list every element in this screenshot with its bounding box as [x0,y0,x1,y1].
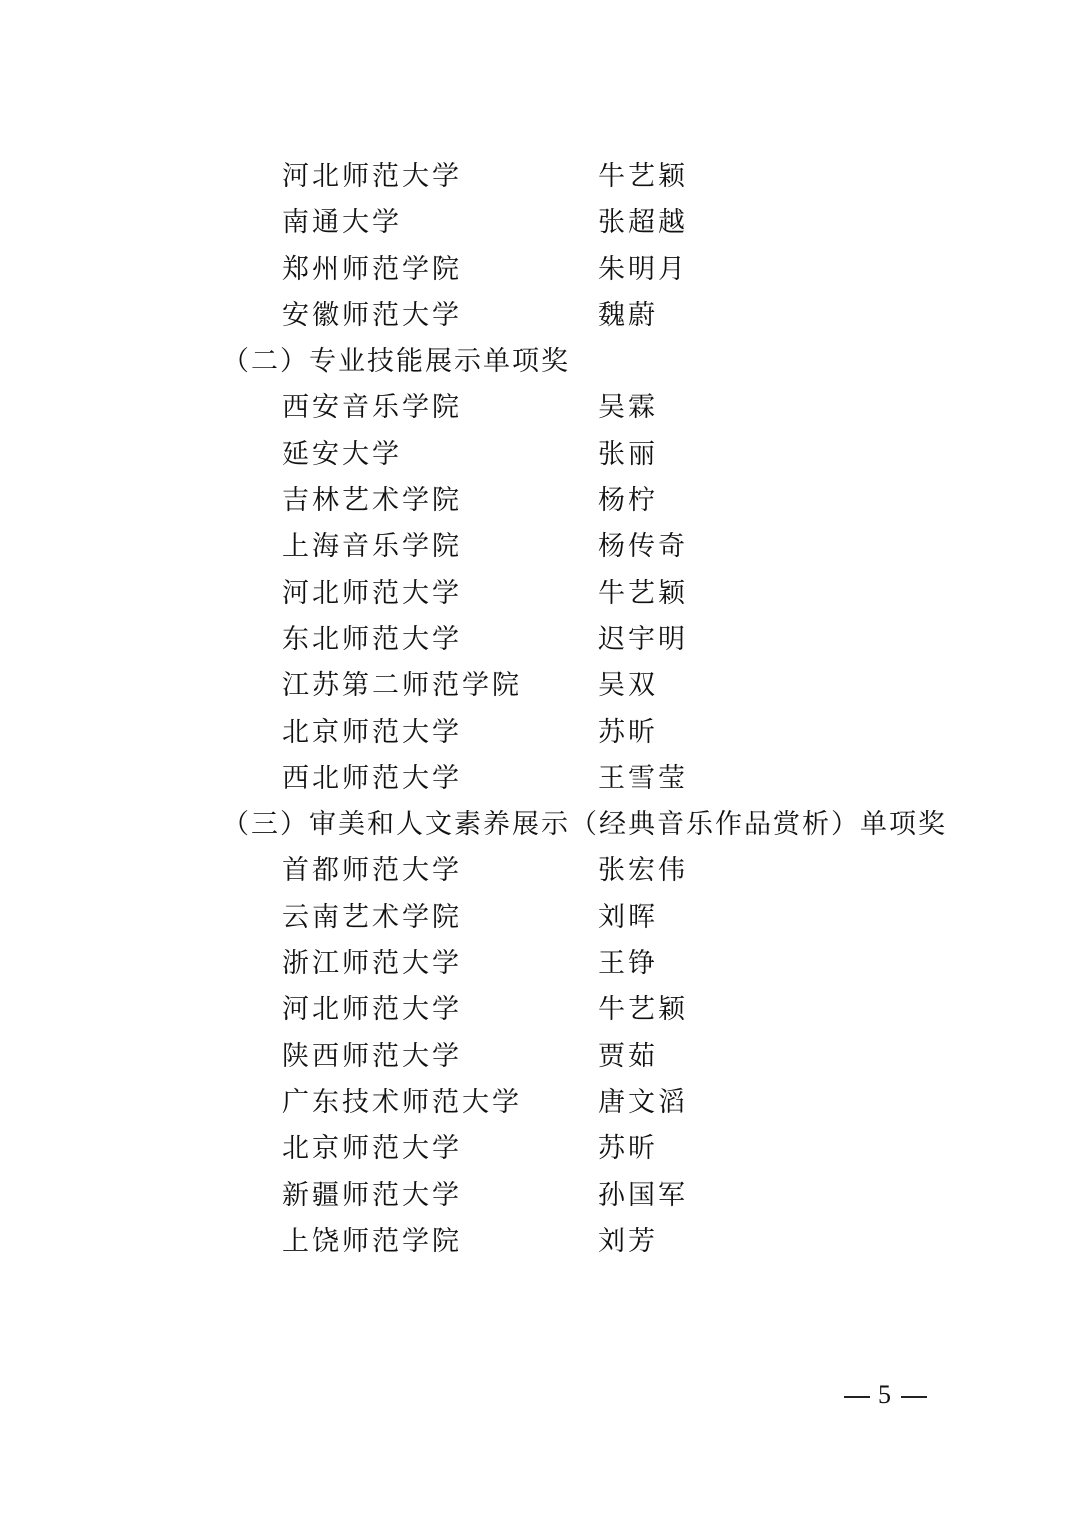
section-heading: （二）专业技能展示单项奖 [222,339,570,385]
institution-name: 江苏第二师范学院 [282,663,522,709]
award-entry: 西北师范大学 王雪莹 [0,756,1080,802]
institution-name: 浙江师范大学 [282,941,462,987]
institution-name: 云南艺术学院 [282,895,462,941]
dash-left [844,1396,870,1398]
award-list: 河北师范大学 牛艺颖 南通大学 张超越 郑州师范学院 朱明月 安徽师范大学 魏蔚… [0,154,1080,1265]
winner-name: 苏昕 [598,1126,658,1172]
winner-name: 张丽 [598,432,658,478]
winner-name: 杨传奇 [598,524,688,570]
institution-name: 郑州师范学院 [282,247,462,293]
institution-name: 广东技术师范大学 [282,1080,522,1126]
winner-name: 杨柠 [598,478,658,524]
award-section-aesthetics-humanities: （三）审美和人文素养展示（经典音乐作品赏析）单项奖 首都师范大学 张宏伟 云南艺… [0,802,1080,1265]
winner-name: 孙国军 [598,1173,688,1219]
institution-name: 首都师范大学 [282,848,462,894]
winner-name: 牛艺颖 [598,987,688,1033]
section-heading: （三）审美和人文素养展示（经典音乐作品赏析）单项奖 [222,802,947,848]
award-entry: 安徽师范大学 魏蔚 [0,293,1080,339]
institution-name: 陕西师范大学 [282,1034,462,1080]
institution-name: 北京师范大学 [282,1126,462,1172]
institution-name: 北京师范大学 [282,710,462,756]
winner-name: 张宏伟 [598,848,688,894]
winner-name: 张超越 [598,200,688,246]
award-entry: 广东技术师范大学 唐文滔 [0,1080,1080,1126]
winner-name: 吴双 [598,663,658,709]
winner-name: 牛艺颖 [598,571,688,617]
award-entry: 陕西师范大学 贾茹 [0,1034,1080,1080]
award-entry: 云南艺术学院 刘晖 [0,895,1080,941]
institution-name: 上海音乐学院 [282,524,462,570]
winner-name: 贾茹 [598,1034,658,1080]
award-section-continued: 河北师范大学 牛艺颖 南通大学 张超越 郑州师范学院 朱明月 安徽师范大学 魏蔚 [0,154,1080,339]
winner-name: 朱明月 [598,247,688,293]
award-entry: 首都师范大学 张宏伟 [0,848,1080,894]
institution-name: 河北师范大学 [282,571,462,617]
page-number: 5 [878,1380,893,1409]
winner-name: 迟宇明 [598,617,688,663]
page-number-footer: 5 [836,1380,935,1410]
winner-name: 吴霖 [598,385,658,431]
document-page: 河北师范大学 牛艺颖 南通大学 张超越 郑州师范学院 朱明月 安徽师范大学 魏蔚… [0,0,1080,1528]
award-entry: 南通大学 张超越 [0,200,1080,246]
award-section-professional-skills: （二）专业技能展示单项奖 西安音乐学院 吴霖 延安大学 张丽 吉林艺术学院 杨柠… [0,339,1080,802]
award-entry: 西安音乐学院 吴霖 [0,385,1080,431]
section-heading-row: （三）审美和人文素养展示（经典音乐作品赏析）单项奖 [0,802,1080,848]
dash-right [901,1396,927,1398]
winner-name: 刘晖 [598,895,658,941]
institution-name: 安徽师范大学 [282,293,462,339]
winner-name: 苏昕 [598,710,658,756]
award-entry: 东北师范大学 迟宇明 [0,617,1080,663]
section-heading-row: （二）专业技能展示单项奖 [0,339,1080,385]
institution-name: 河北师范大学 [282,154,462,200]
institution-name: 西安音乐学院 [282,385,462,431]
award-entry: 新疆师范大学 孙国军 [0,1173,1080,1219]
winner-name: 魏蔚 [598,293,658,339]
award-entry: 上海音乐学院 杨传奇 [0,524,1080,570]
winner-name: 刘芳 [598,1219,658,1265]
institution-name: 新疆师范大学 [282,1173,462,1219]
award-entry: 延安大学 张丽 [0,432,1080,478]
award-entry: 浙江师范大学 王铮 [0,941,1080,987]
award-entry: 河北师范大学 牛艺颖 [0,154,1080,200]
winner-name: 唐文滔 [598,1080,688,1126]
institution-name: 河北师范大学 [282,987,462,1033]
award-entry: 上饶师范学院 刘芳 [0,1219,1080,1265]
institution-name: 上饶师范学院 [282,1219,462,1265]
award-entry: 河北师范大学 牛艺颖 [0,987,1080,1033]
winner-name: 牛艺颖 [598,154,688,200]
institution-name: 南通大学 [282,200,402,246]
winner-name: 王雪莹 [598,756,688,802]
award-entry: 北京师范大学 苏昕 [0,1126,1080,1172]
award-entry: 郑州师范学院 朱明月 [0,247,1080,293]
award-entry: 江苏第二师范学院 吴双 [0,663,1080,709]
award-entry: 吉林艺术学院 杨柠 [0,478,1080,524]
institution-name: 延安大学 [282,432,402,478]
award-entry: 北京师范大学 苏昕 [0,710,1080,756]
institution-name: 西北师范大学 [282,756,462,802]
institution-name: 东北师范大学 [282,617,462,663]
institution-name: 吉林艺术学院 [282,478,462,524]
award-entry: 河北师范大学 牛艺颖 [0,571,1080,617]
winner-name: 王铮 [598,941,658,987]
